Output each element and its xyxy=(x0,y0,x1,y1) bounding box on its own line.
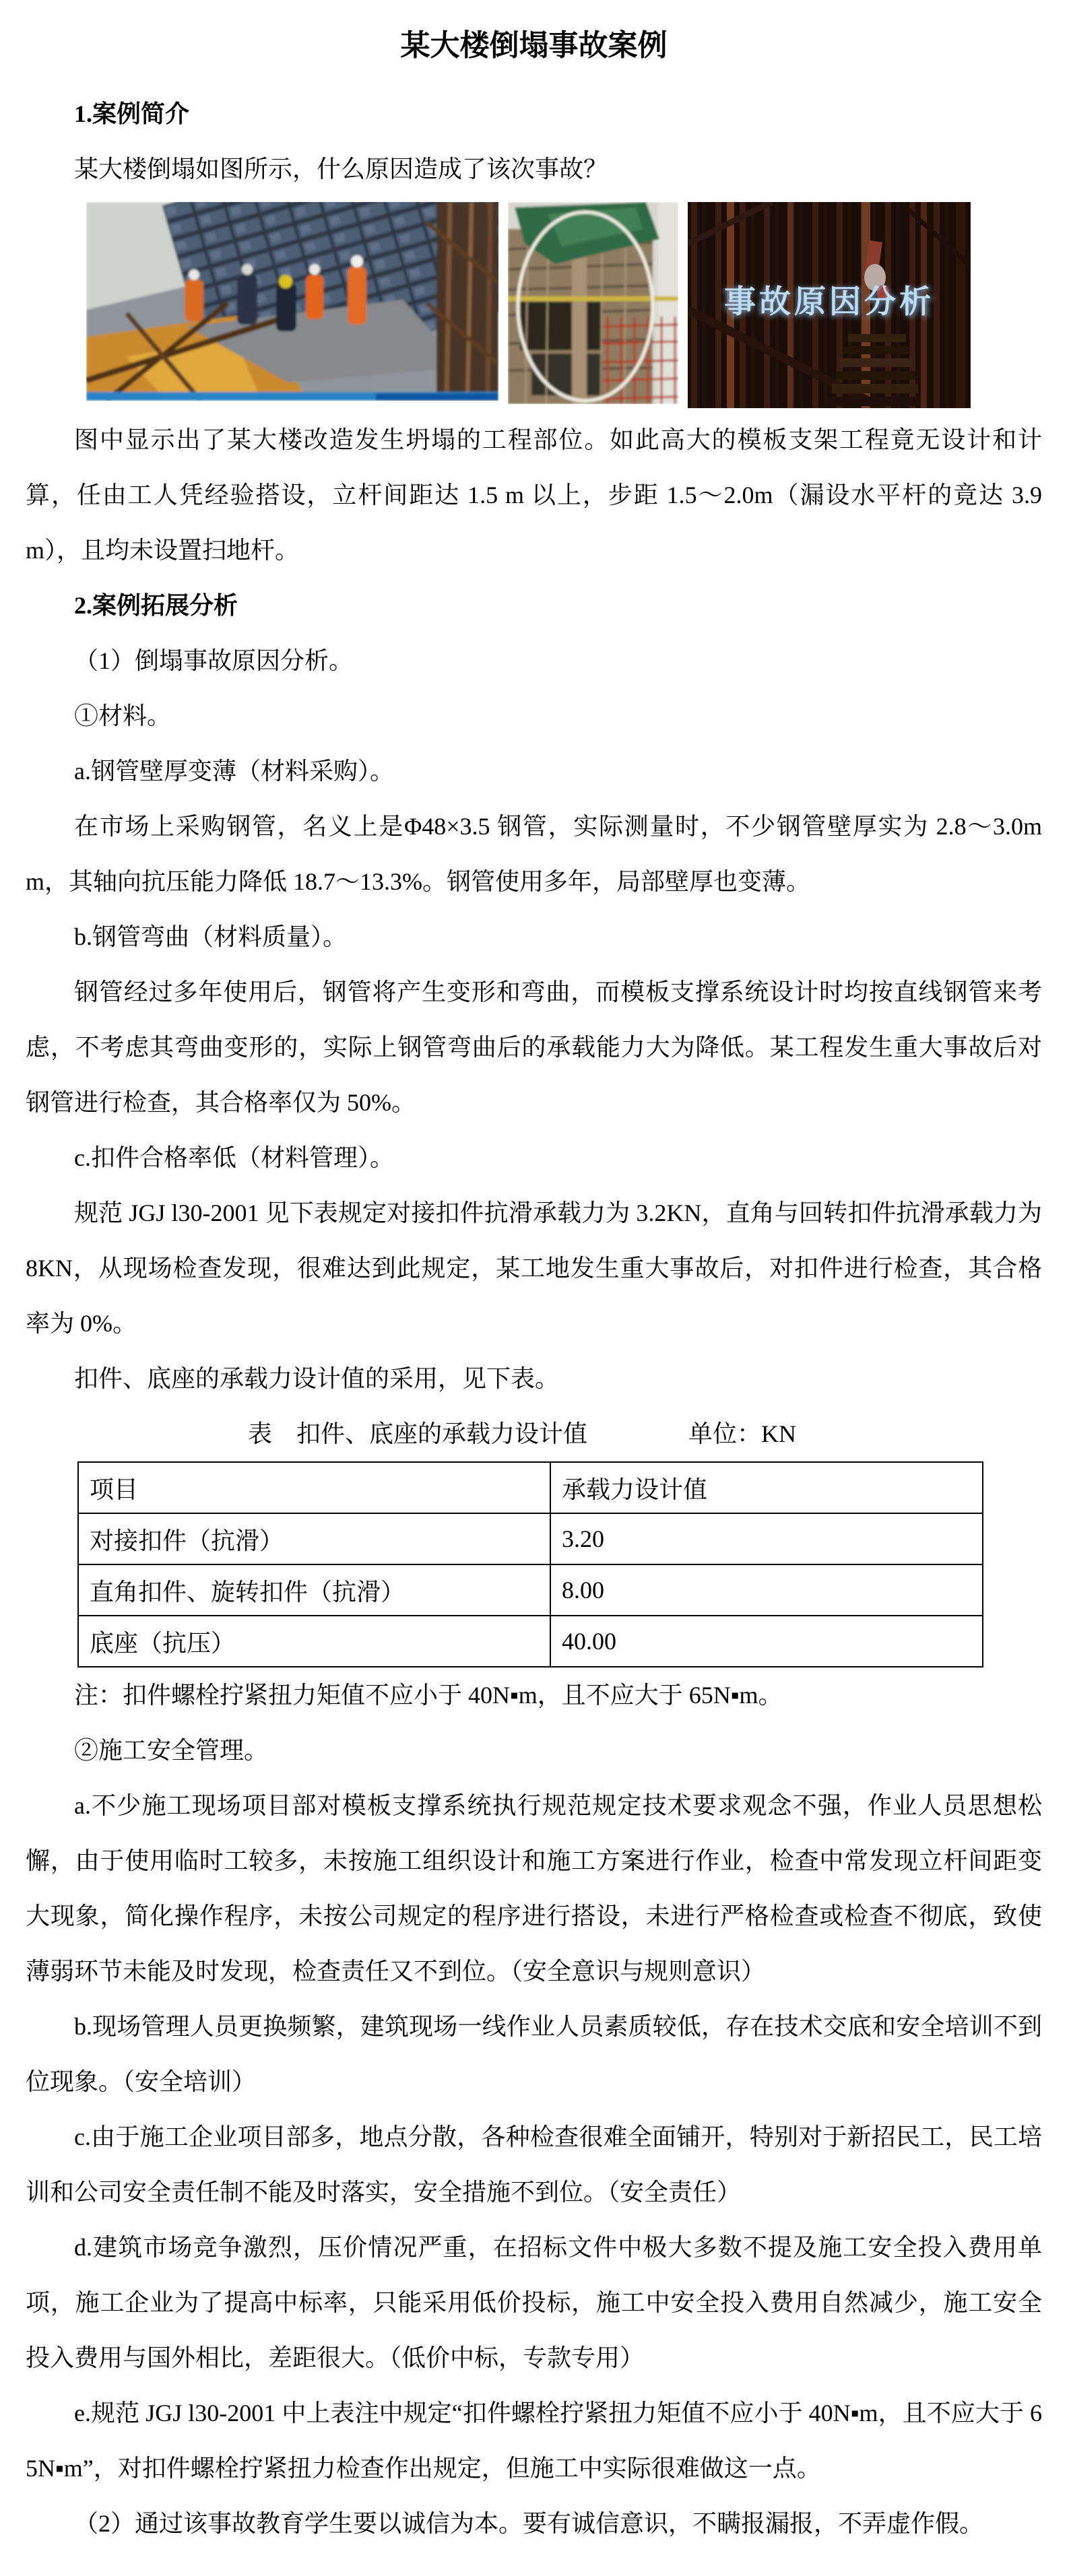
table-header-value: 承载力设计值 xyxy=(550,1462,983,1513)
paragraph-integrity-education: （2）通过该事故教育学生要以诚信为本。要有诚信意识，不瞒报漏报，不弄虚作假。 xyxy=(26,2496,1042,2551)
table-note: 注：扣件螺栓拧紧扭力矩值不应小于 40N▪m，且不应大于 65N▪m。 xyxy=(26,1667,1042,1723)
paragraph-material: ①材料。 xyxy=(26,688,1042,744)
table-header-row: 项目 承载力设计值 xyxy=(78,1462,983,1513)
document-page: 某大楼倒塌事故案例 1.案例简介 某大楼倒塌如图所示，什么原因造成了该次事故？ xyxy=(0,0,1069,2576)
page-title: 某大楼倒塌事故案例 xyxy=(26,15,1042,77)
paragraph-b-bending: b.钢管弯曲（材料质量）。 xyxy=(26,909,1042,964)
paragraph-cause-analysis: （1）倒塌事故原因分析。 xyxy=(26,633,1042,688)
photo-overlay-text: 事故原因分析 xyxy=(724,284,934,319)
table-row: 底座（抗压） 40.00 xyxy=(78,1616,983,1667)
table-cell-item: 直角扣件、旋转扣件（抗滑） xyxy=(78,1564,550,1616)
accident-photo-cause-analysis: 事故原因分析 事故原因分析 xyxy=(688,202,971,408)
paragraph-a-body: 在市场上采购钢管，名义上是Φ48×3.5 钢管，实际测量时，不少钢管壁厚实为 2… xyxy=(26,799,1042,909)
table-row: 对接扣件（抗滑） 3.20 xyxy=(78,1513,983,1564)
table-cell-value: 8.00 xyxy=(550,1564,983,1616)
table-cell-item: 对接扣件（抗滑） xyxy=(78,1513,550,1564)
table-cell-value: 3.20 xyxy=(550,1513,983,1564)
bearing-capacity-table: 项目 承载力设计值 对接扣件（抗滑） 3.20 直角扣件、旋转扣件（抗滑） 8.… xyxy=(77,1461,983,1667)
paragraph-e-regulation: e.规范 JGJ l30-2001 中上表注中规定“扣件螺栓拧紧扭力矩值不应小于… xyxy=(26,2385,1042,2496)
paragraph-a-awareness: a.不少施工现场项目部对模板支撑系统执行规范规定技术要求观念不强，作业人员思想松… xyxy=(26,1778,1042,1999)
paragraph-b-body: 钢管经过多年使用后，钢管将产生变形和弯曲，而模板支撑系统设计时均按直线钢管来考虑… xyxy=(26,964,1042,1130)
table-row: 直角扣件、旋转扣件（抗滑） 8.00 xyxy=(78,1564,983,1616)
accident-photo-collapse-rescue xyxy=(86,202,498,401)
paragraph-safety-management: ②施工安全管理。 xyxy=(26,1723,1042,1778)
section-2-heading: 2.案例拓展分析 xyxy=(26,578,1042,633)
table-caption: 表 扣件、底座的承载力设计值 单位：KN xyxy=(26,1406,1042,1461)
table-cell-item: 底座（抗压） xyxy=(78,1616,550,1667)
paragraph-c-responsibility: c.由于施工企业项目部多，地点分散，各种检查很难全面铺开，特别对于新招民工，民工… xyxy=(26,2109,1042,2220)
paragraph-d-bidding: d.建筑市场竞争激烈，压价情况严重，在招标文件中极大多数不提及施工安全投入费用单… xyxy=(26,2220,1042,2385)
paragraph-b-training: b.现场管理人员更换频繁，建筑现场一线作业人员素质较低，存在技术交底和安全培训不… xyxy=(26,1999,1042,2109)
table-header-item: 项目 xyxy=(78,1462,550,1513)
accident-photos-row: 事故原因分析 事故原因分析 xyxy=(86,202,1042,408)
accident-photo-building-marked xyxy=(508,202,678,404)
table-caption-unit: 单位：KN xyxy=(688,1406,796,1461)
table-cell-value: 40.00 xyxy=(550,1616,983,1667)
paragraph-c-body: 规范 JGJ l30-2001 见下表规定对接扣件抗滑承载力为 3.2KN，直角… xyxy=(26,1185,1042,1351)
paragraph-a-wall-thickness: a.钢管壁厚变薄（材料采购）。 xyxy=(26,744,1042,799)
section-1-intro: 某大楼倒塌如图所示，什么原因造成了该次事故？ xyxy=(26,141,1042,197)
paragraph-table-intro: 扣件、底座的承载力设计值的采用，见下表。 xyxy=(26,1351,1042,1406)
section-1-heading: 1.案例简介 xyxy=(26,86,1042,141)
figure-description-paragraph: 图中显示出了某大楼改造发生坍塌的工程部位。如此高大的模板支架工程竟无设计和计算，… xyxy=(26,412,1042,578)
table-caption-title: 表 扣件、底座的承载力设计值 xyxy=(248,1406,587,1461)
paragraph-c-coupler: c.扣件合格率低（材料管理）。 xyxy=(26,1130,1042,1185)
